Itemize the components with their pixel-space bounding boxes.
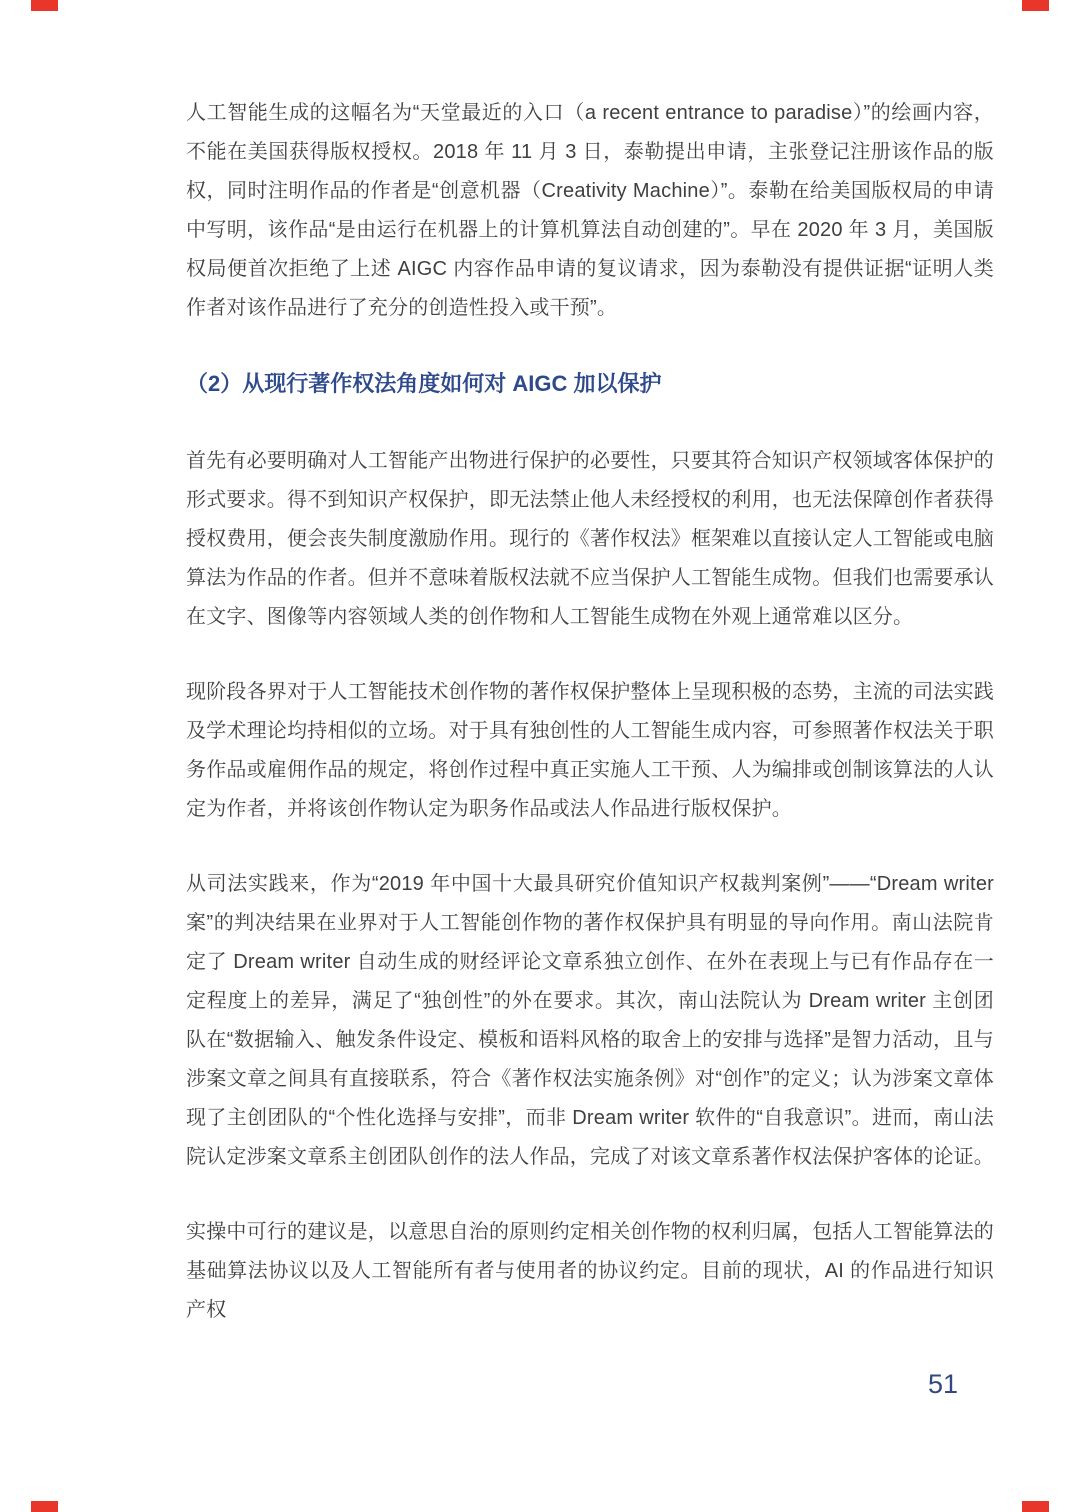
page-content: 人工智能生成的这幅名为“天堂最近的入口（a recent entrance to…: [186, 94, 994, 1330]
body-paragraph-5: 实操中可行的建议是，以意思自治的原则约定相关创作物的权利归属，包括人工智能算法的…: [186, 1213, 994, 1330]
page-number: 51: [928, 1368, 958, 1400]
corner-mark-bottom-right: [1022, 1501, 1049, 1512]
section-heading: （2）从现行著作权法角度如何对 AIGC 加以保护: [186, 364, 994, 403]
corner-mark-top-left: [31, 0, 58, 11]
body-paragraph-4: 从司法实践来，作为“2019 年中国十大最具研究价值知识产权裁判案例”——“Dr…: [186, 865, 994, 1177]
corner-mark-top-right: [1022, 0, 1049, 11]
body-paragraph-2: 首先有必要明确对人工智能产出物进行保护的必要性，只要其符合知识产权领域客体保护的…: [186, 442, 994, 637]
corner-mark-bottom-left: [31, 1501, 58, 1512]
document-page: 人工智能生成的这幅名为“天堂最近的入口（a recent entrance to…: [0, 0, 1080, 1512]
body-paragraph-1: 人工智能生成的这幅名为“天堂最近的入口（a recent entrance to…: [186, 94, 994, 328]
body-paragraph-3: 现阶段各界对于人工智能技术创作物的著作权保护整体上呈现积极的态势，主流的司法实践…: [186, 673, 994, 829]
